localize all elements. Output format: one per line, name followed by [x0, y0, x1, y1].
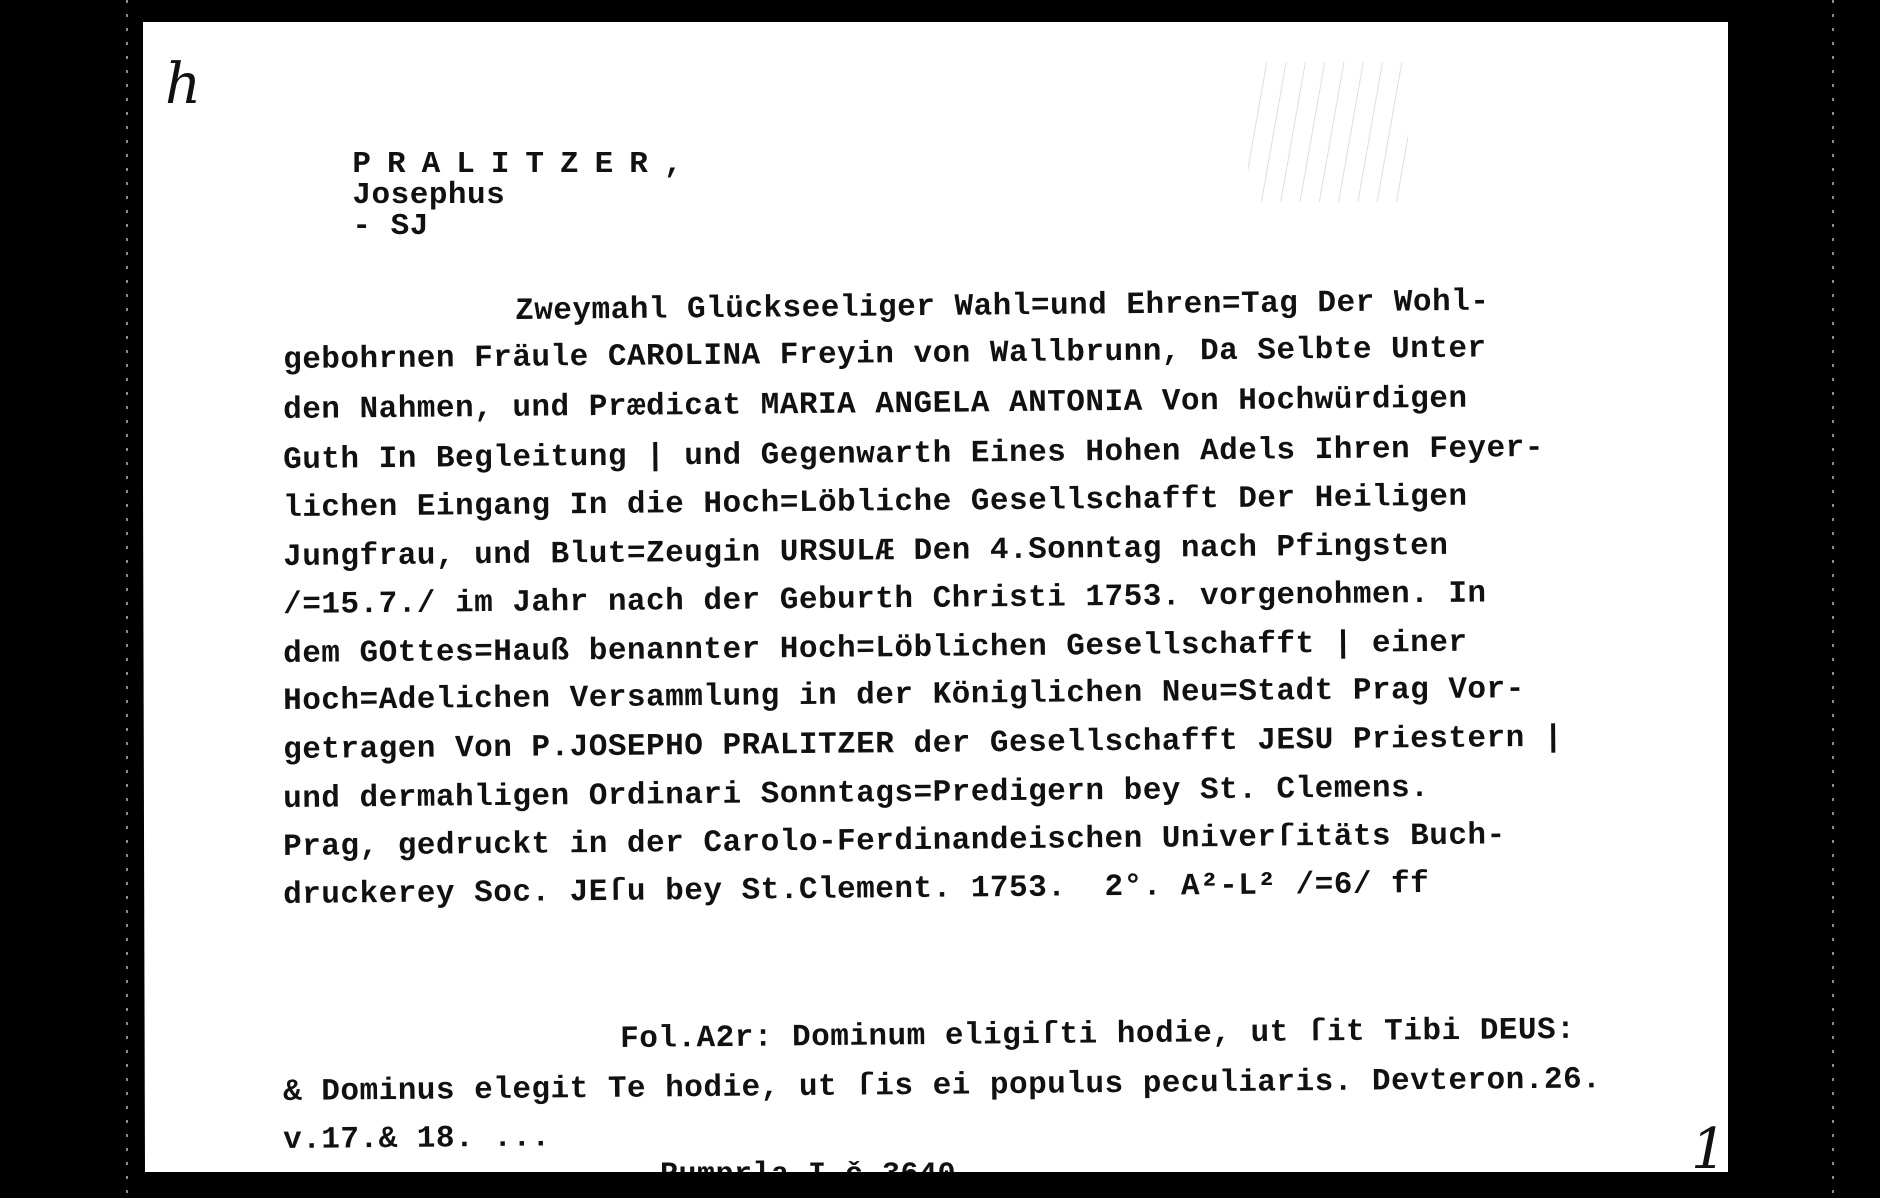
title-line: und dermahligen Ordinari Sonntags=Predig…	[283, 773, 1429, 815]
title-line: /=15.7./ im Jahr nach der Geburth Christ…	[283, 578, 1487, 621]
corner-handwritten-mark: h	[165, 52, 201, 117]
heading-given-name: Josephus	[352, 178, 505, 213]
scan-edge-right	[1832, 0, 1834, 1198]
library-reference: Pumprla I.č.3640.	[660, 1160, 975, 1190]
heading-separator: ,	[664, 147, 683, 182]
title-line: lichen Eingang In die Hoch=Löbliche Gese…	[283, 482, 1468, 524]
title-line: Jungfrau, und Blut=Zeugin URSULÆ Den 4.S…	[283, 531, 1449, 573]
title-line: Hoch=Adelichen Versammlung in der Königl…	[283, 674, 1525, 717]
heading-surname: PRALITZER	[352, 147, 663, 182]
card-heading: PRALITZER, Josephus - SJ	[276, 118, 683, 273]
title-line: Guth In Begleitung | und Gegenwarth Eine…	[283, 433, 1544, 476]
title-line: dem GOttes=Hauß benannter Hoch=Löblichen…	[283, 628, 1468, 670]
title-line: druckerey Soc. JEſu bey St.Clement. 1753…	[283, 869, 1429, 911]
title-line: den Nahmen, und Prædicat MARIA ANGELA AN…	[283, 384, 1468, 426]
pencil-smudge	[1248, 62, 1408, 202]
heading-order: - SJ	[352, 209, 428, 244]
title-line: Prag, gedruckt in der Carolo-Ferdinandei…	[283, 820, 1506, 863]
catalog-card: h PRALITZER, Josephus - SJ Zweymahl Glüc…	[143, 22, 1728, 1172]
incipit-line: & Dominus elegit Te hodie, ut ſis ei pop…	[283, 1064, 1601, 1108]
incipit-line: v.17.& 18. ...	[283, 1122, 551, 1156]
page-number-mark: 1.	[1691, 1117, 1744, 1182]
title-line: gebohrnen Fräule CAROLINA Freyin von Wal…	[283, 333, 1487, 376]
title-line: getragen Von P.JOSEPHO PRALITZER der Ges…	[283, 723, 1563, 766]
scan-edge-left	[126, 0, 128, 1198]
incipit-line: Fol.A2r: Dominum eligiſti hodie, ut ſit …	[620, 1015, 1575, 1055]
title-line: Zweymahl Glückseeliger Wahl=und Ehren=Ta…	[515, 287, 1490, 327]
